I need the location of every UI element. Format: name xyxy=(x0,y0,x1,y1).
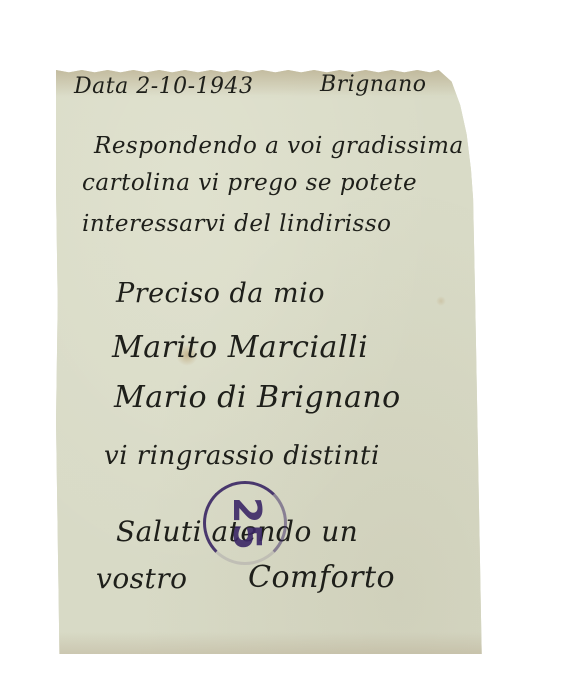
censor-stamp-number: 25 xyxy=(217,497,277,547)
body-line-3: interessarvi del lindirisso xyxy=(82,211,392,237)
body-line-1: Respondendo a voi gradissima xyxy=(94,133,464,159)
header-date: Data 2-10-1943 xyxy=(74,74,254,99)
stain xyxy=(436,296,446,306)
body-line-7: vi ringrassio distinti xyxy=(104,441,380,471)
body-line-10: Comforto xyxy=(248,560,395,595)
body-line-4: Preciso da mio xyxy=(116,278,325,309)
body-line-5: Marito Marcialli xyxy=(112,330,368,365)
header-place: Brignano xyxy=(320,72,427,97)
body-line-2: cartolina vi prego se potete xyxy=(82,170,417,196)
body-line-6: Mario di Brignano xyxy=(114,380,401,415)
body-line-9: vostro xyxy=(96,562,188,595)
